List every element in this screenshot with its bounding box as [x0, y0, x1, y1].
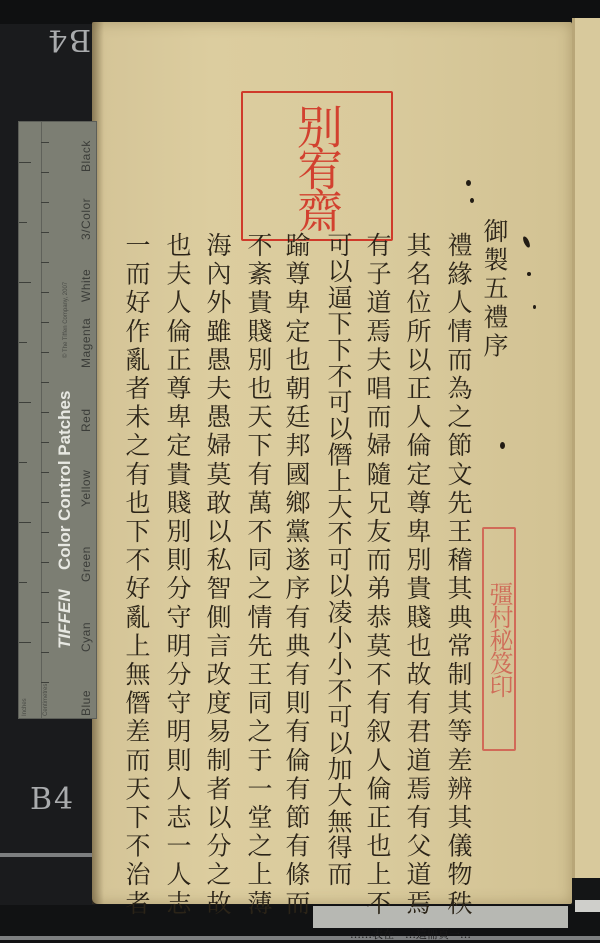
copyright-text: © The Tiffen Company, 2007 — [63, 282, 69, 358]
text-column-4: 可以逼下下不可以僭上大不可以凌小小不可以加大無得而 — [326, 232, 351, 887]
text-column-5: 踰尊卑定也朝廷邦國鄉黨遂序有典有則有倫有節有條而 — [284, 232, 309, 918]
patch-3color: 3/Color — [79, 198, 93, 240]
ruler-inches — [19, 122, 42, 718]
ink-mark — [500, 442, 505, 449]
ink-mark — [470, 198, 474, 203]
frame-label-top: B4 — [46, 22, 91, 57]
patch-white: White — [79, 269, 93, 302]
frame-label-bottom: B4 — [30, 782, 75, 817]
ink-mark — [533, 305, 536, 309]
red-seal-main: 别宥齋 — [241, 91, 393, 241]
patch-magenta: Magenta — [79, 318, 93, 368]
text-column-3: 有子道焉夫唱而婦隨兄友而弟恭莫不有叙人倫正也上不 — [365, 232, 390, 918]
patch-red: Red — [79, 408, 93, 432]
adjacent-page-edge — [572, 18, 600, 878]
bottom-paper-strip — [313, 906, 568, 928]
divider — [0, 936, 600, 940]
color-control-strip: Inches Centimetres TIFFEN Color Control … — [18, 121, 97, 719]
units-inches: Inches — [22, 698, 28, 716]
ink-mark — [527, 272, 531, 276]
units-centimetres: Centimetres — [43, 684, 49, 716]
scanner-backdrop-top — [0, 0, 600, 24]
text-column-2: 其名位所以正人倫定尊卑別貴賤也故有君道焉有父道焉 — [405, 232, 430, 918]
patch-blue: Blue — [79, 690, 93, 716]
text-column-8: 也夫人倫正尊卑定貴賤別則分守明分守明則人志一人志 — [165, 232, 190, 918]
text-column-7: 海內外雖愚夫愚婦莫敢以私智側言改度易制者以分之故 — [205, 232, 230, 918]
bottom-paper-strip-right — [575, 900, 600, 912]
text-column-9: 一而好作亂者未之有也下不好亂上無僭差而天下不治者 — [124, 232, 149, 918]
red-seal-side: 彊村秘笈印 — [482, 527, 516, 751]
seal-side-text: 彊村秘笈印 — [487, 582, 511, 697]
patch-black: Black — [79, 140, 93, 172]
patch-green: Green — [79, 546, 93, 582]
ink-mark — [466, 180, 471, 186]
ruler-centimetres — [41, 122, 51, 718]
tiffen-logo: TIFFEN — [55, 590, 75, 650]
patch-yellow: Yellow — [79, 470, 93, 507]
divider — [0, 853, 92, 857]
seal-main-text: 别宥齋 — [294, 103, 340, 229]
text-column-title: 御製五禮序 — [482, 218, 507, 361]
patch-cyan: Cyan — [79, 622, 93, 652]
bottom-handwritten-note: ……表在 …這冊頁一… — [350, 926, 471, 942]
color-chart-title: Color Control Patches — [55, 391, 75, 570]
text-column-6: 不紊貴賤別也天下有萬不同之情先王同之于一堂之上薄 — [246, 232, 271, 918]
text-column-1: 禮緣人情而為之節文先王稽其典常制其等差辨其儀物秩 — [446, 232, 471, 918]
